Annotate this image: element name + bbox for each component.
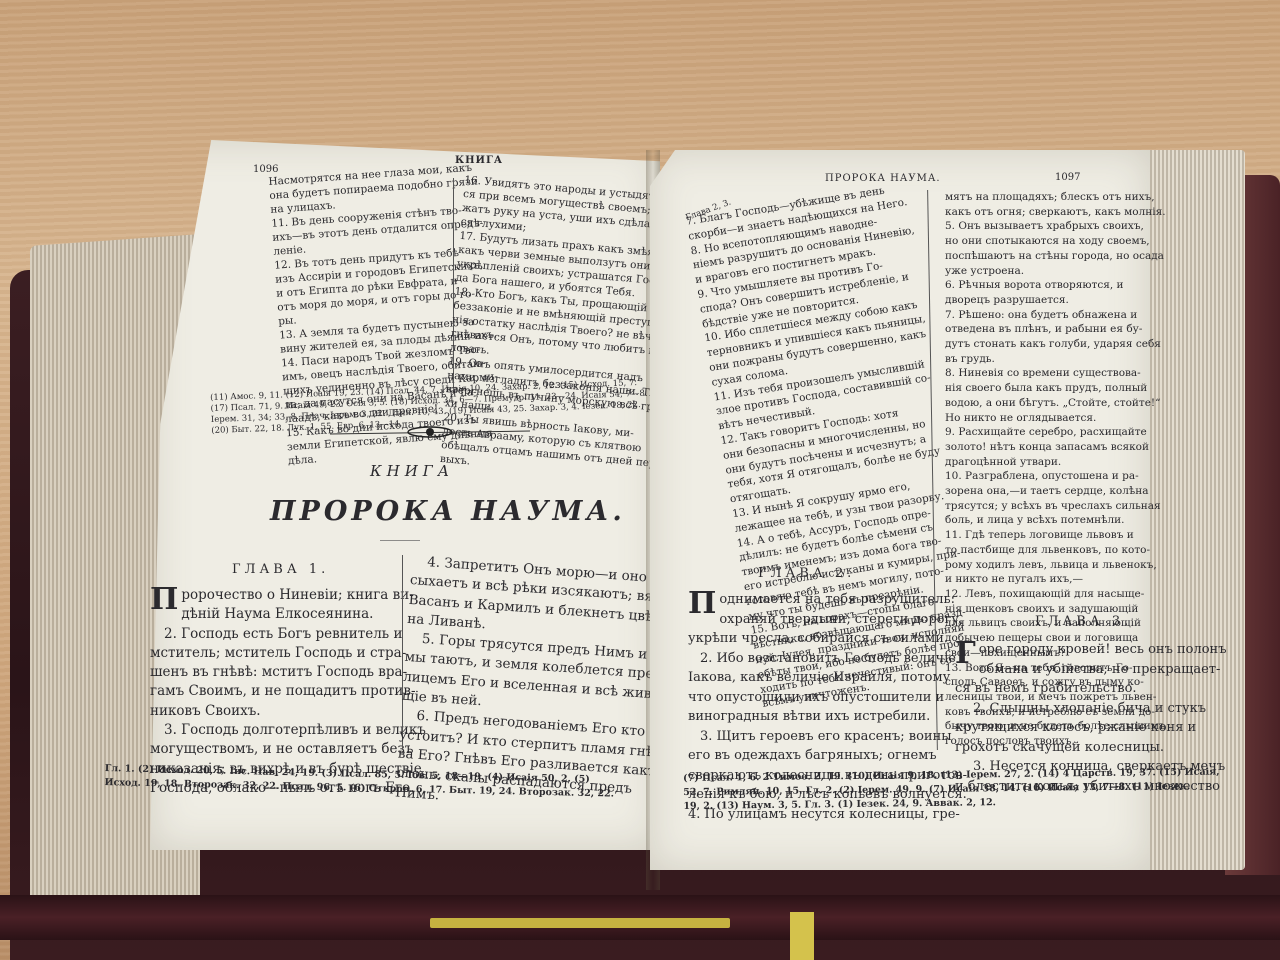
right-page-number: 1097 bbox=[1055, 168, 1080, 188]
drop-cap: Г bbox=[955, 640, 976, 668]
drop-cap: П bbox=[688, 590, 716, 618]
footnotes-bottom-right: (7) Псал. 1, 6. 2 Тимоѳ. 2, 19. (10) Иса… bbox=[683, 765, 1220, 814]
drop-cap: П bbox=[150, 586, 178, 614]
title-underline bbox=[380, 540, 420, 541]
bookmark-ribbon[interactable] bbox=[430, 918, 730, 928]
book-title-large: ПРОРОКА НАУМА. bbox=[270, 496, 626, 527]
ornament-divider-icon bbox=[330, 425, 530, 439]
book-title-small: КНИГА bbox=[370, 462, 454, 480]
bookmark-ribbon[interactable] bbox=[790, 912, 814, 960]
right-running-head: ПРОРОКА НАУМА. bbox=[825, 173, 941, 184]
chapter-1-heading: ГЛАВА 1. bbox=[232, 562, 329, 577]
chapter-2-heading: ГЛАВА 2. bbox=[758, 566, 855, 581]
chapter-3-heading: ГЛАВА 3. bbox=[1035, 614, 1132, 629]
